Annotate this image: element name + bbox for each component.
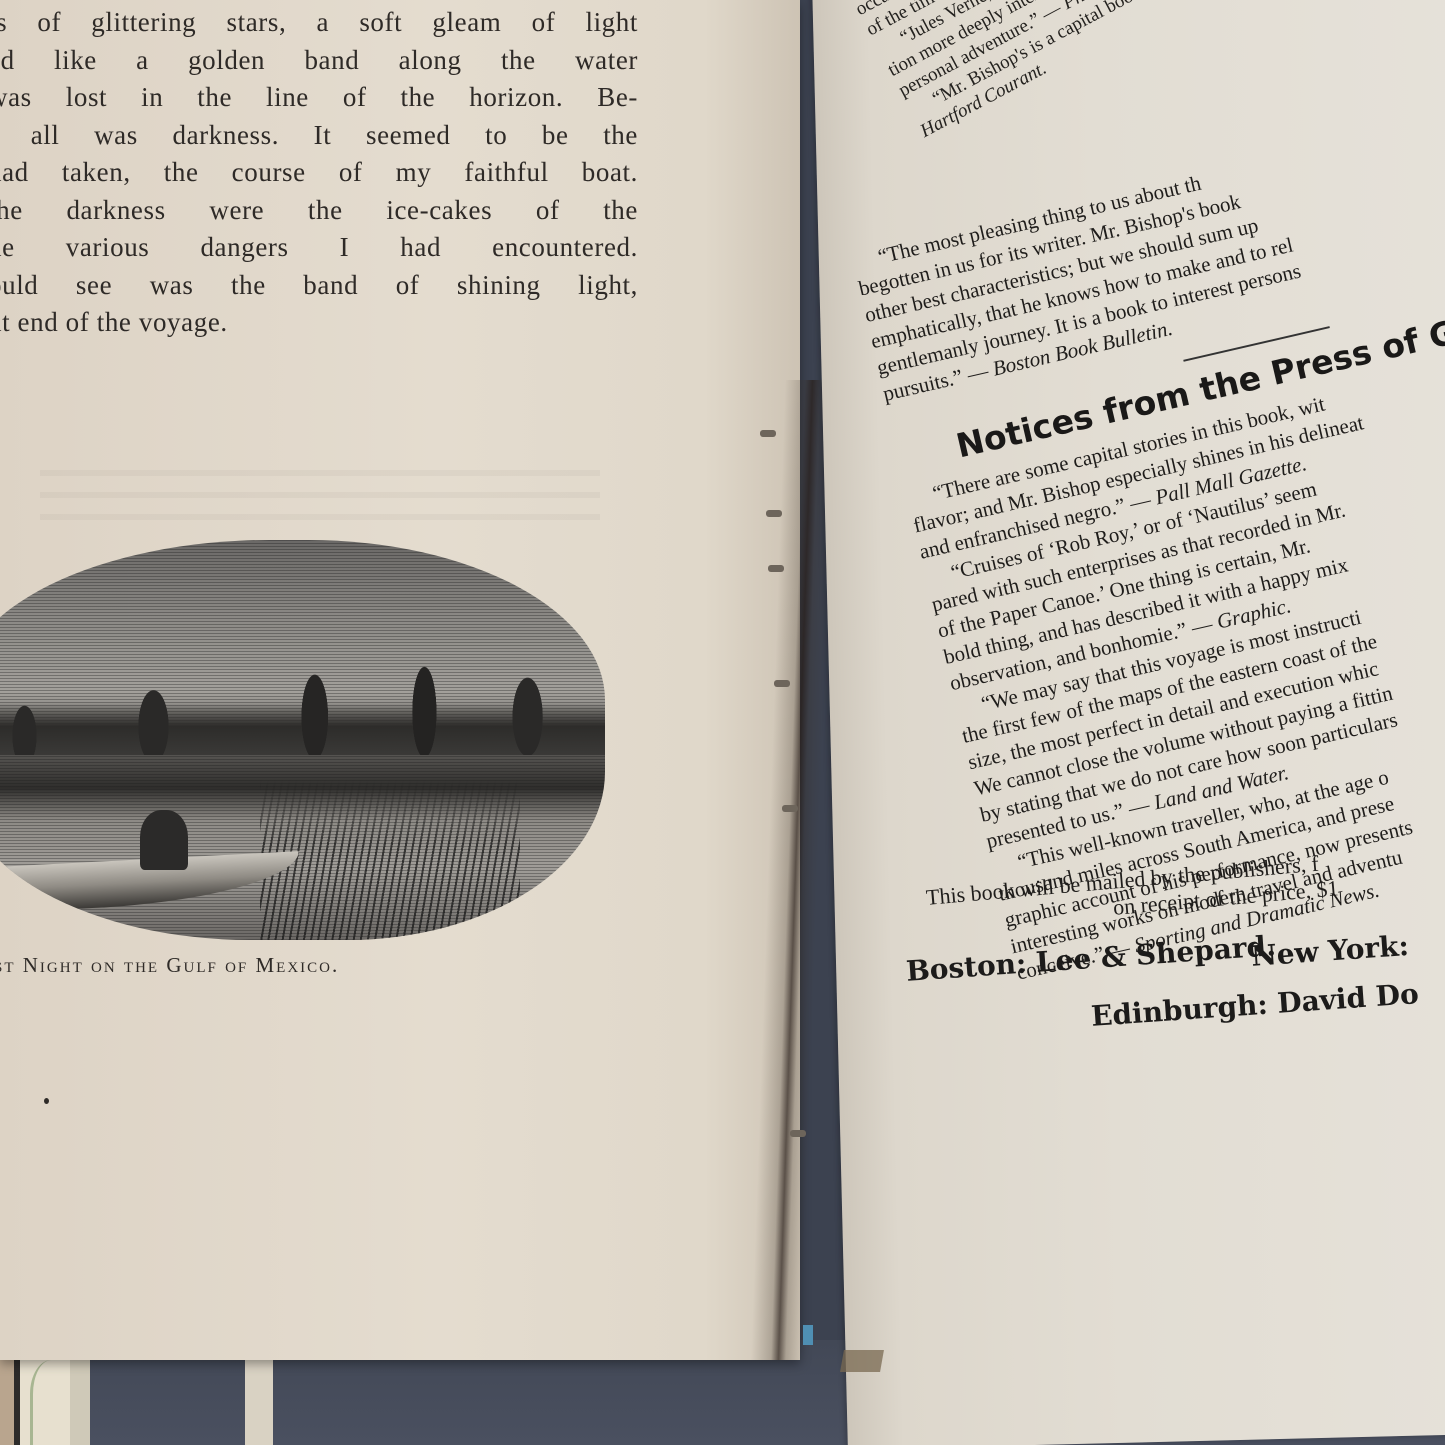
background-plant (30, 1360, 83, 1445)
quote-line: gentlemanly journey. It is a book to int… (874, 184, 1445, 381)
tree-line (0, 660, 605, 755)
seated-figure (140, 810, 188, 870)
quote-line: We cannot close the volume without payin… (971, 605, 1445, 802)
quote-line: of the Paper Canoe.’ One thing is certai… (935, 447, 1445, 644)
body-line: ed like a golden band along the water (0, 42, 638, 80)
quote-boston: “The most pleasing thing to us about th … (850, 79, 1445, 408)
ink-speck (44, 1098, 49, 1104)
notices-heading: Notices from the Press of Great (954, 276, 1445, 460)
torn-spine-corner (840, 1350, 884, 1372)
quote-line: graphic account of his performance, now … (1002, 737, 1445, 934)
quote-line: flavor; and Mr. Bishop especially shines… (911, 342, 1445, 539)
body-line: the darkness were the ice-cakes of the (0, 192, 638, 230)
body-line: ould see was the band of shining light, (0, 267, 638, 305)
quote-line: and enfranchised negro.” — Pall Mall Gaz… (917, 368, 1445, 565)
body-line: ls of glittering stars, a soft gleam of … (0, 4, 638, 42)
imprint-new-york: New York: (1250, 929, 1410, 973)
quote-line: other best characteristics; but we shoul… (862, 132, 1445, 329)
quote-line: bold thing, and has described it with a … (941, 474, 1445, 671)
body-line: t all was darkness. It seemed to be the (0, 117, 638, 155)
quote-line: observation, and bonhomie.” — Graphic. (947, 500, 1445, 697)
right-page (812, 0, 1445, 1445)
notice-pall-mall: “There are some capital stories in this … (905, 316, 1445, 566)
quote-line: emphatically, that he knows how to make … (868, 158, 1445, 355)
quote-line: interesting works on modern travel and a… (1008, 763, 1445, 960)
boat-engraving-illustration (0, 540, 605, 940)
quote-line: conceive.” — Sporting and Dramatic News. (1014, 789, 1445, 986)
right-page-notices: “The most pleasing thing to us about th … (850, 79, 1445, 987)
imprint-edinburgh: Edinburgh: David Do (1090, 977, 1420, 1033)
quote-line: thousand miles across South America, and… (996, 710, 1445, 907)
section-divider (1183, 326, 1330, 362)
quote-source: Sporting and Dramatic News. (1132, 878, 1382, 958)
quote-line: “This well-known traveller, who, at the … (990, 684, 1445, 881)
body-line: ht end of the voyage. (0, 304, 638, 342)
quote-line: “There are some capital stories in this … (905, 316, 1445, 513)
body-line: he various dangers I had encountered. (0, 229, 638, 267)
quote-source: Boston Book Bulletin. (990, 316, 1174, 381)
mail-note-line-2: on receipt of the price, $1 (1112, 875, 1339, 921)
imprint-boston: Boston: Lee & Shepard. (905, 929, 1277, 988)
binding-stitch (766, 510, 782, 517)
quote-line: Hartford Courant. (916, 0, 1445, 143)
quote-line: by stating that we do not care how soon … (978, 632, 1445, 829)
binding-stitch (768, 565, 784, 572)
quote-line: “Mr. Bishop's is a capital book. (906, 0, 1445, 122)
quote-line: American. The (841, 0, 1445, 1)
quote-line: personal adventure.” — Philadelp (895, 0, 1445, 102)
quote-line: pursuits.” — Boston Book Bulletin. (880, 211, 1445, 408)
quote-line: “Cruises of ‘Rob Roy,’ or of ‘Nautilus’ … (923, 395, 1445, 592)
body-line: was lost in the line of the horizon. Be- (0, 79, 638, 117)
quote-source: Land and Water. (1151, 760, 1290, 814)
quote-line: size, the most perfect in detail and exe… (965, 579, 1445, 776)
binding-stitch (760, 430, 776, 437)
top-quotes: “This is American. The occasion only del… (830, 0, 1445, 143)
quote-line: “The most pleasing thing to us about th (850, 79, 1445, 276)
quote-line: pared with such enterprises as that reco… (929, 421, 1445, 618)
background-box (245, 1355, 273, 1445)
notice-graphic: “Cruises of ‘Rob Roy,’ or of ‘Nautilus’ … (923, 395, 1445, 698)
quote-source: Pall Mall Gazette. (1153, 451, 1309, 509)
reeds (260, 780, 520, 940)
quote-line: begotten in us for its writer. Mr. Bisho… (856, 105, 1445, 302)
left-page-body-text: ls of glittering stars, a soft gleam of … (0, 4, 638, 342)
binding-stitch (774, 680, 790, 687)
quote-line: the first few of the maps of the eastern… (959, 553, 1445, 750)
binding-stitch (782, 805, 798, 812)
quote-source: Philadelp (1059, 0, 1134, 14)
left-page: ls of glittering stars, a soft gleam of … (0, 0, 800, 1360)
quote-line: “Jules Verne, our most (873, 0, 1445, 62)
body-line: had taken, the course of my faithful boa… (0, 154, 638, 192)
binding-stitch (790, 1130, 806, 1137)
quote-source: Graphic. (1214, 593, 1293, 633)
quote-source: Hartford Courant. (917, 58, 1050, 142)
mail-note-line-1: This book will be mailed by the publishe… (925, 851, 1320, 911)
quote-line: presented to us.” — Land and Water. (984, 658, 1445, 855)
quote-line: tion more deeply interesting (884, 0, 1445, 82)
notice-land-and-water: “We may say that this voyage is most ins… (953, 526, 1445, 855)
cover-edge (803, 1325, 813, 1345)
notice-sporting-dramatic: “This well-known traveller, who, at the … (990, 684, 1445, 987)
quote-line: occasion only delig (852, 0, 1445, 21)
illustration-caption: st Night on the Gulf of Mexico. (0, 953, 339, 978)
quote-line: “We may say that this voyage is most ins… (953, 526, 1445, 723)
quote-line: of the time, and has al (862, 0, 1445, 41)
